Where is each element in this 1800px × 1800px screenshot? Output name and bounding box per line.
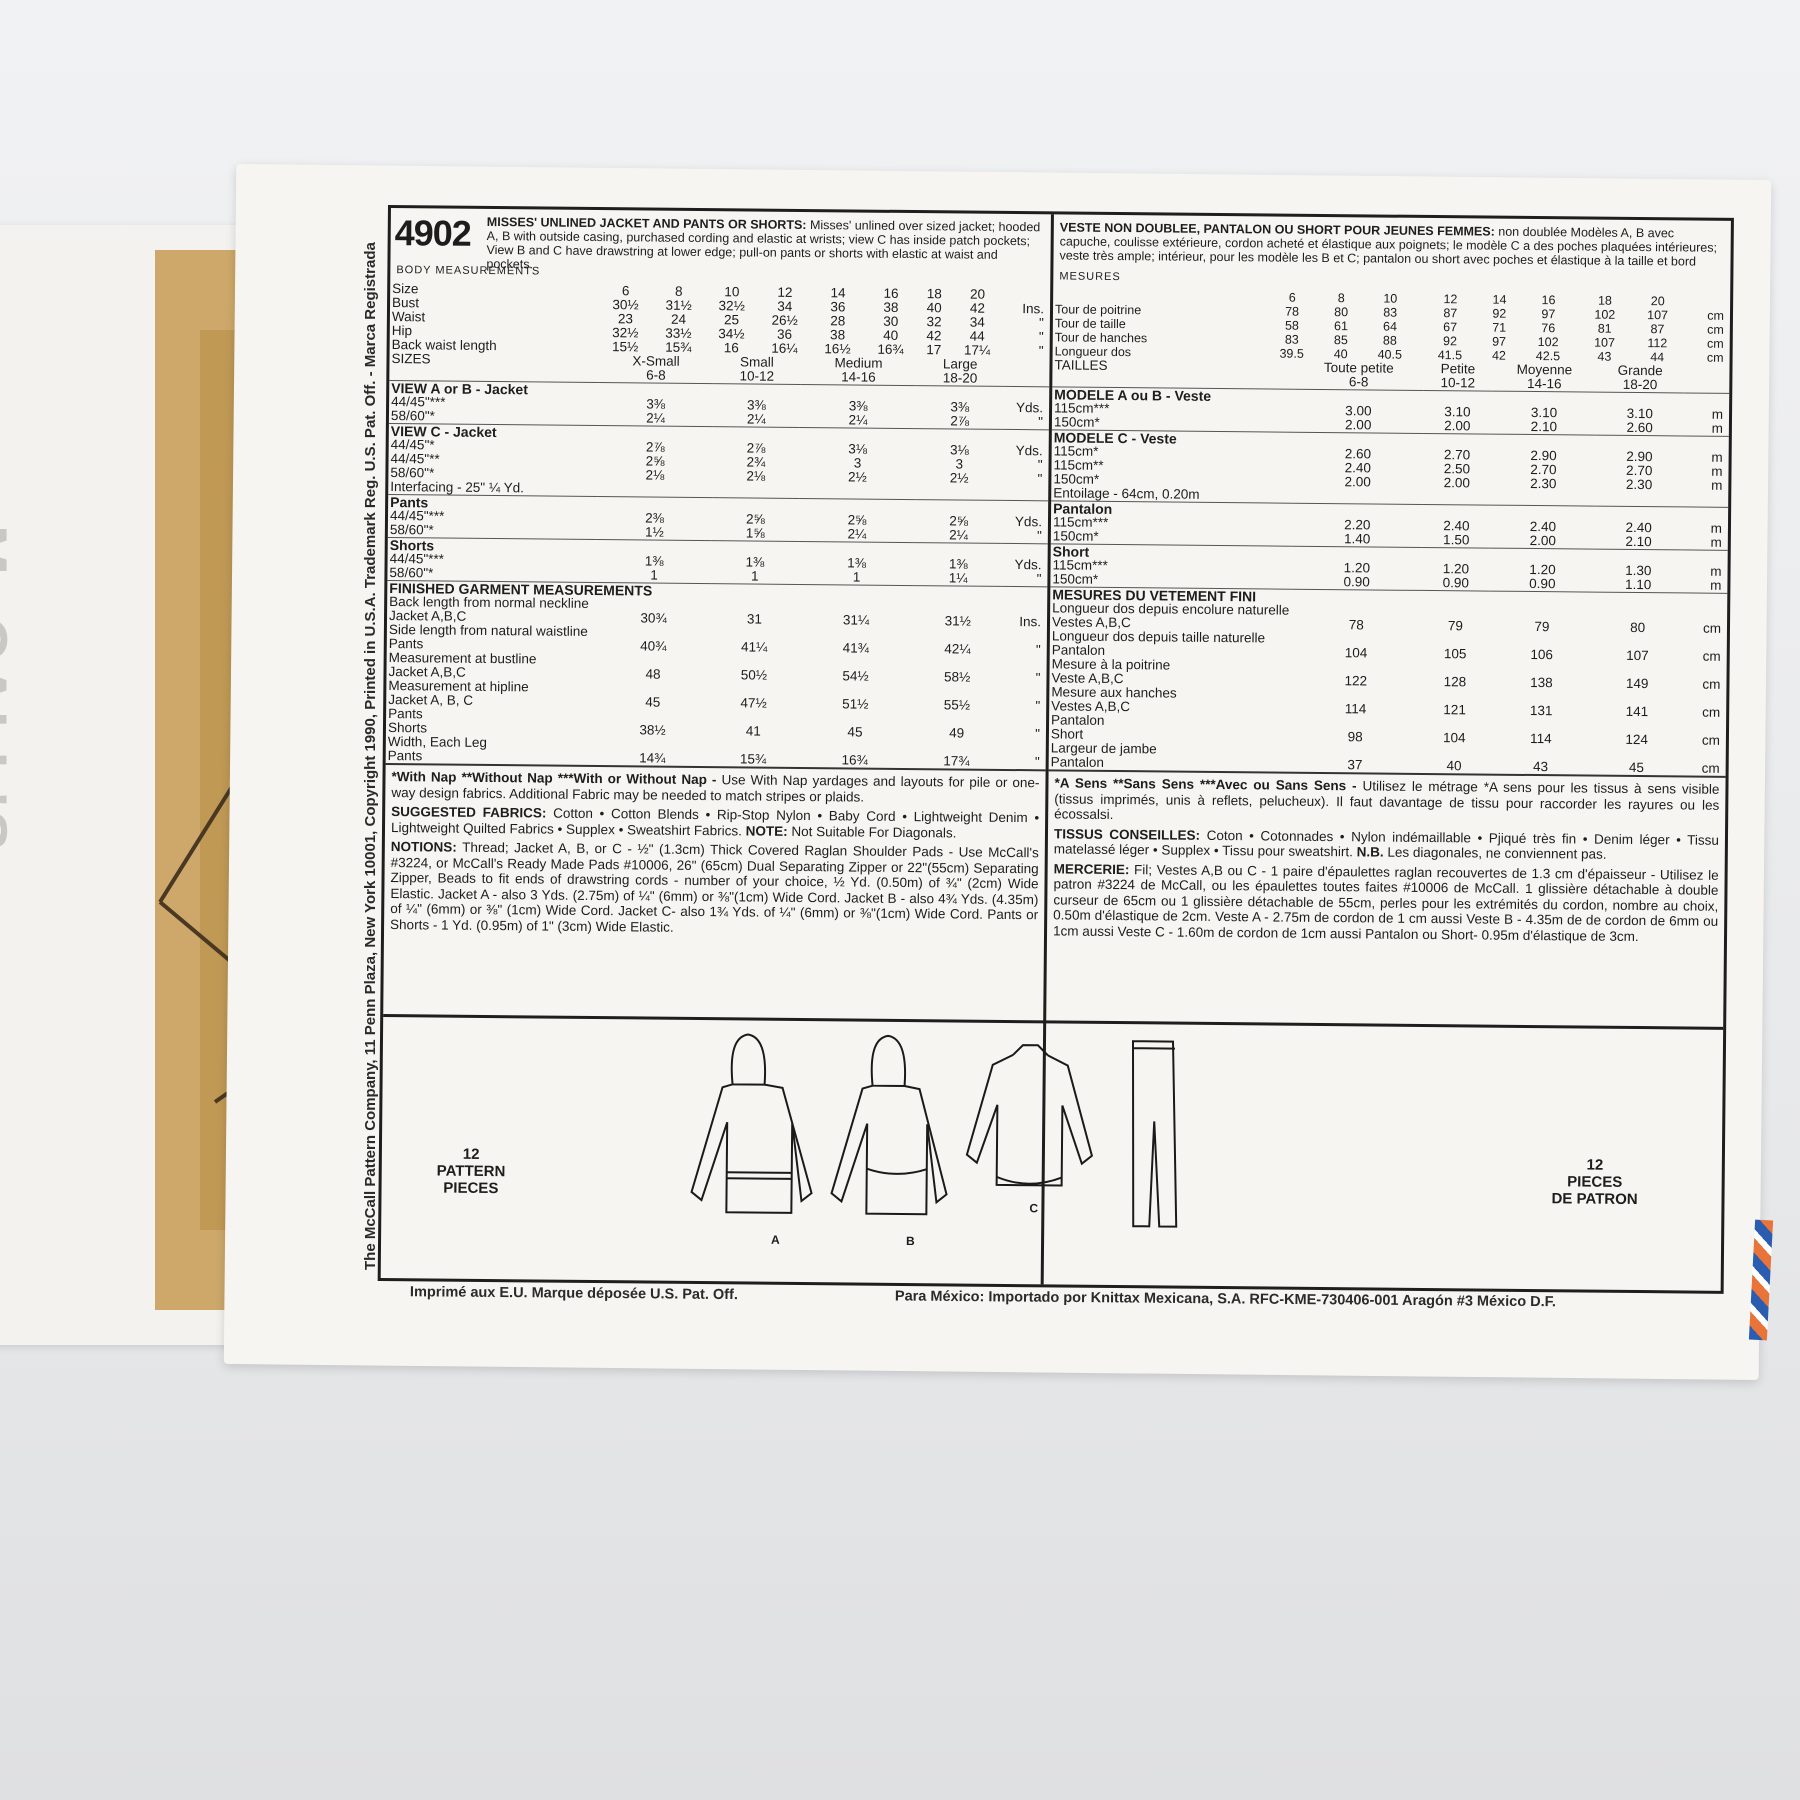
value-cell: 0.90 xyxy=(1292,575,1422,591)
view-a-label: A xyxy=(771,1233,780,1247)
value-cell: 2¼ xyxy=(798,527,915,543)
value-cell: 106 xyxy=(1489,648,1594,663)
value-cell: 40 xyxy=(1420,759,1488,774)
notions: NOTIONS: Thread; Jacket A, B, or C - ½" … xyxy=(390,839,1039,938)
unit-cell: Yds. xyxy=(1002,558,1048,572)
value-cell: 71 xyxy=(1480,320,1518,334)
value-cell: 2.30 xyxy=(1596,478,1683,493)
body-measurements-label: BODY MEASUREMENTS xyxy=(396,264,540,277)
pattern-pieces-count-en: 12 PATTERN PIECES xyxy=(436,1146,505,1198)
size-cell: 14 xyxy=(1480,292,1518,306)
unit-cell: cm xyxy=(1684,308,1730,322)
pieces-label: DE PATRON xyxy=(1551,1190,1637,1208)
value-cell: 54½ xyxy=(797,669,914,684)
unit-cell xyxy=(1000,685,1046,699)
value-cell: 51½ xyxy=(797,697,914,712)
value-cell: 105 xyxy=(1421,647,1489,662)
french-notes: *A Sens **Sans Sens ***Avec ou Sans Sens… xyxy=(1047,769,1726,952)
value-cell: 17 xyxy=(917,343,950,357)
unit-cell: cm xyxy=(1684,350,1730,364)
value-cell xyxy=(712,483,799,498)
unit-cell: " xyxy=(1004,330,1050,344)
french-body-measurements: 68101214161820 Tour de poitrine788083879… xyxy=(1053,288,1731,364)
unit-cell xyxy=(1001,629,1047,643)
value-cell: 79 xyxy=(1489,620,1594,635)
size-range: 14-16 xyxy=(800,370,917,386)
value-cell: 87 xyxy=(1631,322,1684,337)
pieces-label: PATTERN xyxy=(437,1163,506,1181)
value-cell: 2¼ xyxy=(800,413,917,429)
note-text: Not Suitable For Diagonals. xyxy=(788,823,957,840)
size-range: 18-20 xyxy=(1597,378,1684,393)
value-cell: 2⅞ xyxy=(916,414,1003,429)
unit-cell: " xyxy=(1002,472,1048,486)
value-cell: 88 xyxy=(1360,333,1420,348)
pattern-number: 4902 xyxy=(395,212,471,255)
value-cell: 102 xyxy=(1578,307,1631,322)
row-label: Pantalon xyxy=(1049,755,1290,771)
pieces-label: PIECES xyxy=(436,1180,505,1198)
value-cell: 0.90 xyxy=(1422,576,1490,591)
value-cell: 48 xyxy=(595,667,710,682)
suggested-fabrics: SUGGESTED FABRICS: Cotton • Cotton Blend… xyxy=(391,804,1039,841)
value-cell: 43 xyxy=(1488,760,1593,775)
unit-cell: m xyxy=(1683,450,1729,464)
row-label: Waist xyxy=(390,310,599,326)
value-cell: 1½ xyxy=(597,525,712,541)
unit-cell: cm xyxy=(1681,649,1727,663)
value-cell xyxy=(597,482,712,498)
value-cell: 1.50 xyxy=(1422,533,1490,548)
unit-cell: " xyxy=(1000,755,1046,769)
row-label: Pantalon xyxy=(1049,713,1290,729)
unit-cell: " xyxy=(1002,458,1048,472)
value-cell: 104 xyxy=(1291,646,1421,661)
size-range: 6-8 xyxy=(598,368,713,384)
value-cell xyxy=(1292,489,1422,505)
french-yardage-table: TAILLESToute petitePetiteMoyenneGrande 6… xyxy=(1049,358,1730,775)
value-cell: 114 xyxy=(1290,702,1420,717)
value-cell: 1.10 xyxy=(1595,578,1682,593)
unit-cell xyxy=(1001,657,1047,671)
value-cell: 1 xyxy=(712,569,799,584)
value-cell: 2½ xyxy=(916,471,1003,486)
value-cell: 92 xyxy=(1480,306,1518,320)
value-cell: 114 xyxy=(1488,732,1593,747)
unit-cell: cm xyxy=(1684,322,1730,336)
size-range: 10-12 xyxy=(713,369,800,384)
pieces-count: 12 xyxy=(437,1146,506,1164)
value-cell: 58½ xyxy=(914,670,1001,685)
unit-cell: Yds. xyxy=(1002,515,1048,529)
value-cell: 50½ xyxy=(711,668,798,683)
unit-cell: " xyxy=(1004,344,1050,358)
value-cell: 76 xyxy=(1518,321,1578,336)
mesures-label: MESURES xyxy=(1059,270,1121,283)
value-cell: 2.00 xyxy=(1423,476,1491,491)
value-cell: 128 xyxy=(1421,675,1489,690)
pattern-info-frame: 4902 MISSES' UNLINED JACKET AND PANTS OR… xyxy=(378,205,1734,1294)
value-cell: 67 xyxy=(1420,320,1480,335)
value-cell: 1¼ xyxy=(915,571,1002,586)
value-cell: 31½ xyxy=(914,614,1001,629)
mercerie: MERCERIE: Fil; Vestes A,B ou C - 1 paire… xyxy=(1053,861,1719,945)
size-range: 18-20 xyxy=(917,371,1004,386)
value-cell: 97 xyxy=(1480,334,1518,348)
value-cell: 0.90 xyxy=(1490,577,1595,593)
english-yardage-table: SIZESX-SmallSmallMediumLarge 6-810-1214-… xyxy=(386,352,1050,769)
value-cell: 41¾ xyxy=(797,641,914,656)
value-cell: 81 xyxy=(1578,321,1631,336)
unit-cell: cm xyxy=(1680,733,1726,747)
unit-cell: " xyxy=(1000,727,1046,741)
value-cell: 107 xyxy=(1594,649,1681,664)
value-cell: 14¾ xyxy=(595,751,710,766)
value-cell: 2⅛ xyxy=(597,468,712,483)
value-cell: 92 xyxy=(1420,334,1480,349)
size-range: 14-16 xyxy=(1492,377,1597,393)
view-b-label: B xyxy=(906,1234,915,1248)
value-cell: 79 xyxy=(1421,619,1489,634)
value-cell: 40¾ xyxy=(596,639,711,654)
value-cell: 16¾ xyxy=(796,753,913,768)
value-cell: 49 xyxy=(913,726,1000,741)
value-cell: 41¼ xyxy=(711,640,798,655)
unit-cell xyxy=(1002,486,1048,501)
row-label: Pants xyxy=(386,749,595,765)
value-cell: 64 xyxy=(1360,319,1420,334)
value-cell xyxy=(1423,490,1491,505)
value-cell: 2.30 xyxy=(1491,477,1596,492)
value-cell: 149 xyxy=(1594,677,1681,692)
unit-cell: m xyxy=(1683,407,1729,421)
value-cell: 2.60 xyxy=(1596,421,1683,436)
unit-cell: Ins. xyxy=(1004,302,1050,316)
english-header: 4902 MISSES' UNLINED JACKET AND PANTS OR… xyxy=(390,208,1051,288)
sizes-label: SIZES xyxy=(389,352,598,368)
value-cell: 2.00 xyxy=(1293,475,1423,490)
value-cell: 78 xyxy=(1262,304,1322,319)
unit-cell: m xyxy=(1682,535,1728,550)
value-cell: 121 xyxy=(1421,703,1489,718)
value-cell: 2.00 xyxy=(1423,419,1491,434)
unit-cell: " xyxy=(1000,671,1046,685)
value-cell: 41 xyxy=(710,724,797,739)
publisher-side-text: The McCall Pattern Company, 11 Penn Plaz… xyxy=(362,242,379,1270)
unit-cell: cm xyxy=(1680,761,1726,775)
value-cell xyxy=(1596,492,1683,507)
size-cell: 12 xyxy=(1420,292,1480,307)
value-cell: 42 xyxy=(1480,348,1518,362)
value-cell: 37 xyxy=(1290,758,1420,773)
unit-cell xyxy=(1682,492,1728,507)
notions-label: NOTIONS: xyxy=(391,839,457,855)
value-cell: 42¼ xyxy=(914,642,1001,657)
english-notes: *With Nap **Without Nap ***With or Witho… xyxy=(384,763,1046,946)
value-cell: 97 xyxy=(1518,307,1578,322)
sens-note: *A Sens **Sans Sens ***Avec ou Sans Sens… xyxy=(1054,775,1719,828)
value-cell: 112 xyxy=(1631,336,1684,351)
value-cell: 85 xyxy=(1322,333,1360,347)
value-cell: 15¾ xyxy=(710,752,797,767)
value-cell: 138 xyxy=(1489,676,1594,691)
value-cell: 45 xyxy=(595,695,710,710)
fabrics-label: SUGGESTED FABRICS: xyxy=(391,804,546,820)
tailles-label: TAILLES xyxy=(1052,358,1293,374)
nb-text: Les diagonales, ne conviennent pas. xyxy=(1384,845,1607,862)
unit-cell: Yds. xyxy=(1003,444,1049,458)
unit-cell: m xyxy=(1681,578,1727,593)
unit-cell: m xyxy=(1682,478,1728,492)
tissus-conseilles: TISSUS CONSEILLES: Coton • Cotonnades • … xyxy=(1054,826,1719,863)
french-header: VESTE NON DOUBLEE, PANTALON OU SHORT POU… xyxy=(1053,214,1731,294)
mercerie-label: MERCERIE: xyxy=(1054,861,1130,877)
unit-cell: m xyxy=(1681,564,1727,578)
value-cell: 2¼ xyxy=(915,528,1002,543)
unit-cell: m xyxy=(1682,521,1728,535)
nb-label: N.B. xyxy=(1357,844,1384,859)
english-body-measurements: Size 68101214161820 Bust30½31½32½3436384… xyxy=(390,282,1051,358)
value-cell: 80 xyxy=(1594,621,1681,636)
english-description: MISSES' UNLINED JACKET AND PANTS OR SHOR… xyxy=(486,215,1045,276)
nap-note: *With Nap **Without Nap ***With or Witho… xyxy=(391,769,1039,806)
value-cell: 16 xyxy=(705,341,758,356)
size-range: 10-12 xyxy=(1424,376,1492,391)
value-cell: 98 xyxy=(1290,730,1420,745)
value-cell: 2¼ xyxy=(598,411,713,427)
value-cell: 45 xyxy=(797,725,914,740)
value-cell: 55½ xyxy=(914,698,1001,713)
size-cell: 16 xyxy=(1518,293,1578,308)
value-cell: 104 xyxy=(1420,731,1488,746)
unit-cell: Yds. xyxy=(1003,401,1049,415)
value-cell: 80 xyxy=(1322,305,1360,319)
unit-cell: m xyxy=(1683,421,1729,436)
value-cell xyxy=(1491,491,1596,507)
unit-cell: " xyxy=(1001,572,1047,587)
value-cell: 47½ xyxy=(710,696,797,711)
garment-line-drawings xyxy=(671,1032,1233,1257)
value-cell: 2.10 xyxy=(1491,420,1596,436)
value-cell: 107 xyxy=(1578,335,1631,350)
note-label: NOTE: xyxy=(746,823,788,838)
value-cell: 61 xyxy=(1322,319,1360,333)
view-b-jacket-icon xyxy=(831,1035,948,1214)
value-cell: 1 xyxy=(798,570,915,586)
notions-text: Thread; Jacket A, B, or C - ½" (1.3cm) T… xyxy=(390,840,1039,935)
value-cell: 58 xyxy=(1262,318,1322,333)
size-cell: 10 xyxy=(1360,291,1420,306)
value-cell: 131 xyxy=(1489,704,1594,719)
value-cell: 122 xyxy=(1291,674,1421,689)
value-cell: 2¼ xyxy=(713,412,800,427)
view-c-label: C xyxy=(1029,1201,1038,1215)
unit-cell: cm xyxy=(1680,677,1726,691)
pieces-label: PIECES xyxy=(1552,1173,1638,1191)
value-cell: 45 xyxy=(1593,761,1680,776)
value-cell: 30¾ xyxy=(596,611,711,626)
pieces-count: 12 xyxy=(1552,1156,1638,1174)
unit-cell: cm xyxy=(1680,705,1726,719)
tissus-label: TISSUS CONSEILLES: xyxy=(1054,826,1200,842)
value-cell: 2.10 xyxy=(1595,535,1682,550)
french-description: VESTE NON DOUBLEE, PANTALON OU SHORT POU… xyxy=(1059,220,1724,268)
value-cell: 124 xyxy=(1593,733,1680,748)
unit-cell: " xyxy=(1000,699,1046,713)
unit-cell: " xyxy=(1003,415,1049,430)
garment-illustrations: 12 PATTERN PIECES xyxy=(381,1014,1724,1294)
value-cell: 31 xyxy=(711,612,798,627)
value-cell: 39.5 xyxy=(1262,346,1322,361)
value-cell: 78 xyxy=(1291,618,1421,633)
unit-cell: m xyxy=(1682,464,1728,478)
size-cell: 6 xyxy=(1262,290,1322,305)
value-cell: 2⅛ xyxy=(712,469,799,484)
unit-cell: cm xyxy=(1684,336,1730,350)
value-cell xyxy=(916,485,1003,500)
size-cell: 18 xyxy=(1579,293,1632,308)
value-cell: 2½ xyxy=(799,470,916,485)
size-range: 6-8 xyxy=(1293,375,1423,391)
unit-cell: " xyxy=(1002,529,1048,544)
unit-cell xyxy=(1000,713,1046,727)
unit-cell: " xyxy=(1001,643,1047,657)
view-c-jacket-icon xyxy=(967,1045,1093,1186)
value-cell: 87 xyxy=(1420,306,1480,321)
unit-cell: cm xyxy=(1681,621,1727,635)
value-cell: 17¾ xyxy=(913,754,1000,769)
value-cell: 1.40 xyxy=(1292,532,1422,548)
pattern-pieces-count-fr: 12 PIECES DE PATRON xyxy=(1551,1156,1638,1208)
pants-icon xyxy=(1131,1041,1178,1226)
mercerie-text: Fil; Vestes A,B ou C - 1 paire d'épaulet… xyxy=(1053,862,1719,944)
value-cell: 31¼ xyxy=(798,613,915,628)
view-a-jacket-icon xyxy=(691,1034,813,1213)
value-cell: 102 xyxy=(1518,335,1578,350)
value-cell: 15½ xyxy=(599,340,652,355)
value-cell: 83 xyxy=(1360,305,1420,320)
value-cell: 83 xyxy=(1262,332,1322,347)
value-cell: 2.00 xyxy=(1490,534,1595,550)
value-cell: 43 xyxy=(1578,349,1631,364)
size-cell: 8 xyxy=(1322,291,1360,305)
value-cell: 141 xyxy=(1594,705,1681,720)
faded-brand-text: McCALL'S xyxy=(0,525,20,855)
size-cell: 20 xyxy=(1631,294,1684,309)
value-cell xyxy=(799,484,916,500)
footer-left: Imprimé aux E.U. Marque déposée U.S. Pat… xyxy=(410,1284,738,1303)
unit-cell: Ins. xyxy=(1001,615,1047,629)
value-cell: 2.00 xyxy=(1293,418,1423,434)
unit-cell: " xyxy=(1004,316,1050,330)
value-cell: 38½ xyxy=(595,723,710,738)
value-cell: 107 xyxy=(1631,308,1684,323)
unit-cell xyxy=(1000,741,1046,755)
value-cell: 1⅝ xyxy=(712,526,799,541)
